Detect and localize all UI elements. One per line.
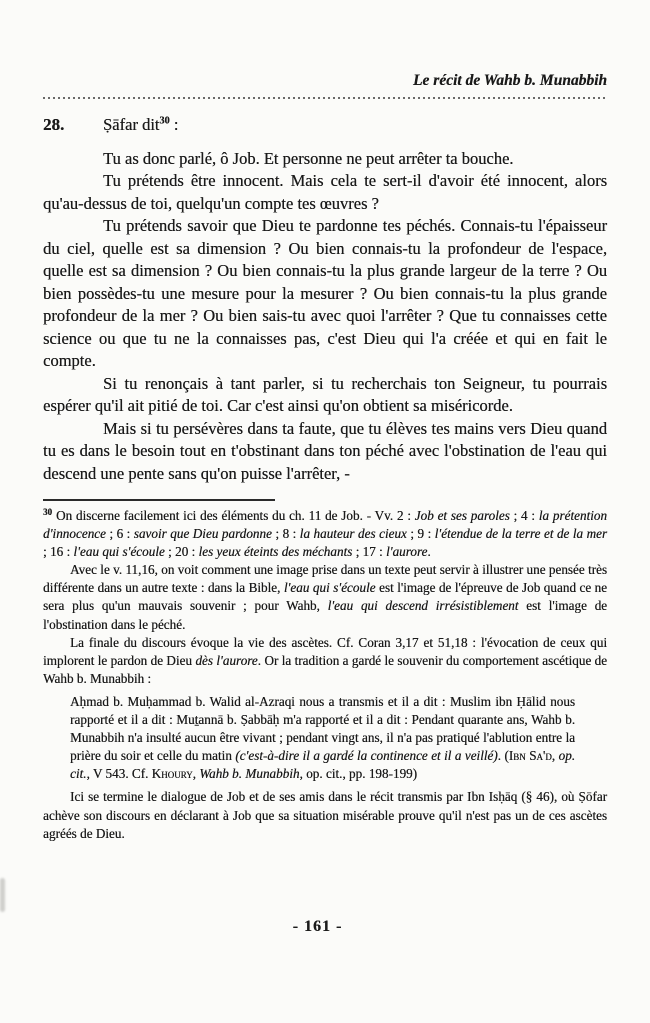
text-segment: la hauteur des cieux: [300, 526, 407, 541]
text-segment: . (: [498, 748, 509, 763]
text-segment: Job et ses paroles: [415, 508, 510, 523]
footnote-quote: Aḥmad b. Muḥammad b. Walid al-Azraqi nou…: [70, 693, 575, 783]
body-paragraph: Si tu renonçais à tant parler, si tu rec…: [43, 373, 607, 418]
footnote-paragraph: La finale du discours évoque la vie des …: [43, 634, 607, 688]
footnote-paragraph: Avec le v. 11,16, on voit comment une im…: [43, 561, 607, 633]
footnote-quote-text: Aḥmad b. Muḥammad b. Walid al-Azraqi nou…: [70, 693, 575, 783]
section-heading: Ṣāfar dit30 :: [103, 115, 178, 134]
text-segment: l'étendue de la terre et de la mer: [435, 526, 607, 541]
running-head-title: Le récit de Wahb b. Munabbih: [413, 72, 607, 89]
text-segment: ; 4 :: [510, 508, 539, 523]
text-segment: Khoury: [152, 766, 193, 781]
text-segment: l'eau qui s'écoule: [73, 544, 164, 559]
text-segment: On discerne facilement ici des éléments …: [56, 508, 415, 523]
footnote-closing: Ici se termine le dialogue de Job et de …: [43, 788, 607, 842]
section-number: 28.: [43, 114, 103, 137]
text-segment: l'aurore: [386, 544, 427, 559]
body-paragraph: Tu prétends savoir que Dieu te pardonne …: [43, 215, 607, 373]
footnotes-block: 30On discerne facilement ici des élément…: [43, 507, 607, 843]
footnote-marker: 30: [43, 507, 52, 517]
text-segment: ; 17 :: [352, 544, 386, 559]
main-text-block: 28.Ṣāfar dit30 : Tu as donc parlé, ô Job…: [43, 114, 607, 485]
text-segment: :: [170, 115, 179, 134]
footnote-divider: [43, 499, 275, 501]
text-segment: savoir que Dieu pardonne: [134, 526, 272, 541]
text-segment: ; 9 :: [407, 526, 435, 541]
body-paragraph: Mais si tu persévères dans ta faute, que…: [43, 418, 607, 486]
page-number: - 161 -: [43, 918, 592, 936]
text-segment: ; 6 :: [106, 526, 134, 541]
document-page: Le récit de Wahb b. Munabbih 28.Ṣāfar di…: [0, 0, 650, 1023]
text-segment: dès l'aurore: [195, 653, 257, 668]
scan-artifact: [0, 878, 5, 912]
text-segment: Wahb b. Munabbih: [199, 766, 299, 781]
text-segment: l'eau qui descend irrésistiblement: [328, 598, 519, 613]
text-segment: ; 16 :: [43, 544, 73, 559]
body-paragraphs: Tu as donc parlé, ô Job. Et personne ne …: [43, 148, 607, 486]
text-segment: Ibn Sa'd: [509, 748, 552, 763]
body-paragraph: Tu as donc parlé, ô Job. Et personne ne …: [43, 148, 607, 171]
text-segment: .: [427, 544, 430, 559]
footnote-paragraph: 30On discerne facilement ici des élément…: [43, 507, 607, 561]
text-segment: ; 20 :: [165, 544, 199, 559]
section-opening-line: 28.Ṣāfar dit30 :: [43, 114, 607, 137]
running-head: Le récit de Wahb b. Munabbih: [43, 0, 607, 90]
footnote-paragraphs: 30On discerne facilement ici des élément…: [43, 507, 607, 688]
text-segment: Ṣāfar dit: [103, 115, 159, 134]
body-paragraph: Tu prétends être innocent. Mais cela te …: [43, 170, 607, 215]
text-segment: , V 543. Cf.: [86, 766, 151, 781]
text-segment: Ici se termine le dialogue de Job et de …: [43, 789, 607, 840]
text-segment: les yeux éteints des méchants: [198, 544, 352, 559]
text-segment: l'eau qui s'écoule: [284, 580, 376, 595]
text-segment: (c'est-à-dire il a gardé la continence e…: [235, 748, 497, 763]
text-segment: 30: [159, 116, 169, 127]
text-segment: , op. cit., pp. 198-199): [299, 766, 417, 781]
text-segment: ; 8 :: [272, 526, 300, 541]
text-segment: ,: [552, 748, 559, 763]
header-divider: [43, 97, 607, 99]
